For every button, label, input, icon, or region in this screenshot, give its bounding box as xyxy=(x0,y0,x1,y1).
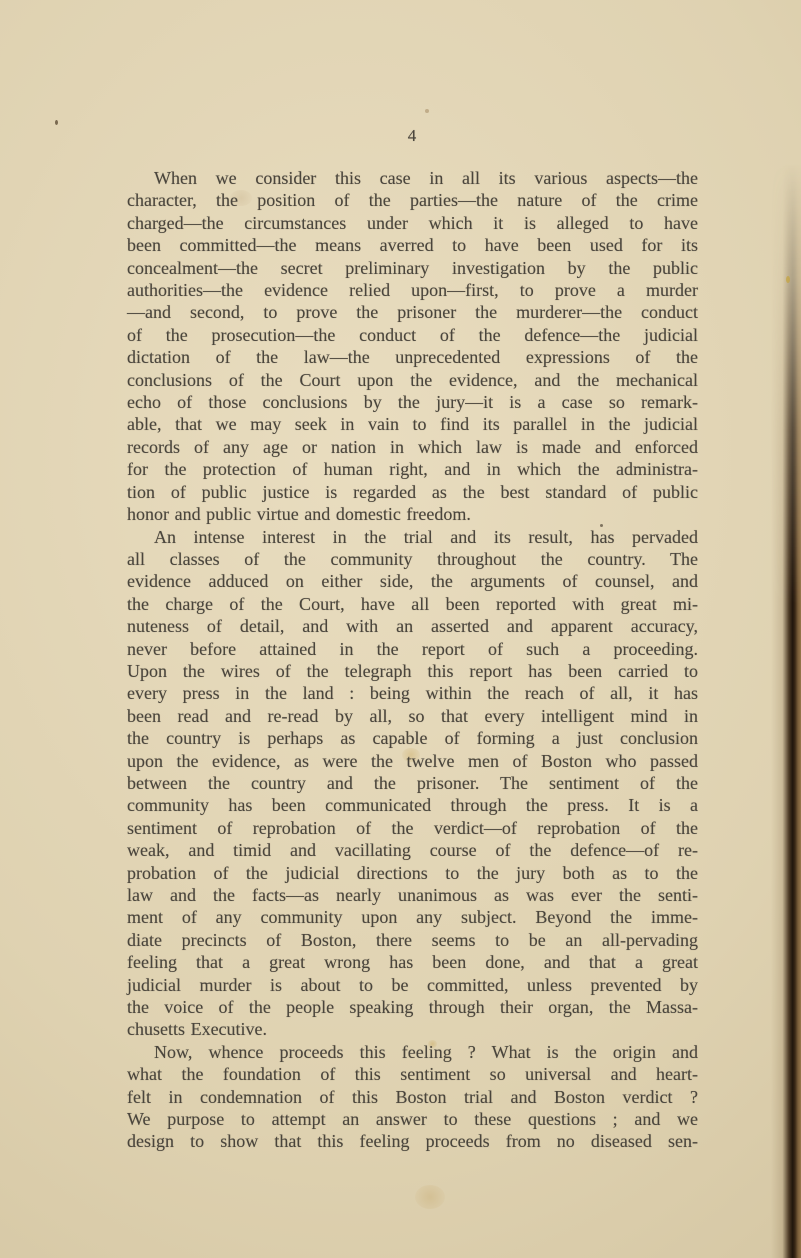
paper-stain xyxy=(415,1185,445,1209)
text-line: An intense interest in the trial and its… xyxy=(127,526,698,548)
text-line: evidence adduced on either side, the arg… xyxy=(127,570,698,592)
text-line: able, that we may seek in vain to find i… xyxy=(127,413,698,435)
page-text: When we consider this case in all its va… xyxy=(127,167,698,1153)
text-line: honor and public virtue and domestic fre… xyxy=(127,503,698,525)
text-line: of the prosecution—the conduct of the de… xyxy=(127,324,698,346)
text-line: nuteness of detail, and with an asserted… xyxy=(127,615,698,637)
text-line: been committed—the means averred to have… xyxy=(127,234,698,256)
text-line: —and second, to prove the prisoner the m… xyxy=(127,301,698,323)
text-line: ment of any community upon any subject. … xyxy=(127,906,698,928)
paragraph: When we consider this case in all its va… xyxy=(127,167,698,526)
text-line: never before attained in the report of s… xyxy=(127,638,698,660)
text-line: dictation of the law—the unprecedented e… xyxy=(127,346,698,368)
text-line: records of any age or nation in which la… xyxy=(127,436,698,458)
text-line: the charge of the Court, have all been r… xyxy=(127,593,698,615)
text-line: diate precincts of Boston, there seems t… xyxy=(127,929,698,951)
text-line: tion of public justice is regarded as th… xyxy=(127,481,698,503)
text-line: authorities—the evidence relied upon—fir… xyxy=(127,279,698,301)
text-line: every press in the land : being within t… xyxy=(127,682,698,704)
text-line: conclusions of the Court upon the eviden… xyxy=(127,369,698,391)
text-line: the country is perhaps as capable of for… xyxy=(127,727,698,749)
text-line: upon the evidence, as were the twelve me… xyxy=(127,750,698,772)
text-line: weak, and timid and vacillating course o… xyxy=(127,839,698,861)
text-line: echo of those conclusions by the jury—it… xyxy=(127,391,698,413)
text-line: what the foundation of this sentiment so… xyxy=(127,1063,698,1085)
text-line: When we consider this case in all its va… xyxy=(127,167,698,189)
page-number: 4 xyxy=(127,126,698,146)
text-line: charged—the circumstances under which it… xyxy=(127,212,698,234)
book-page: 4 When we consider this case in all its … xyxy=(0,0,801,1258)
text-line: the voice of the people speaking through… xyxy=(127,996,698,1018)
text-line: sentiment of reprobation of the verdict—… xyxy=(127,817,698,839)
text-line: for the protection of human right, and i… xyxy=(127,458,698,480)
text-line: been read and re-read by all, so that ev… xyxy=(127,705,698,727)
paper-speck xyxy=(55,120,58,125)
text-line: We purpose to attempt an answer to these… xyxy=(127,1108,698,1130)
text-line: all classes of the community throughout … xyxy=(127,548,698,570)
paragraph: Now, whence proceeds this feeling ? What… xyxy=(127,1041,698,1153)
text-line: Now, whence proceeds this feeling ? What… xyxy=(127,1041,698,1063)
text-line: community has been communicated through … xyxy=(127,794,698,816)
text-line: felt in condemnation of this Boston tria… xyxy=(127,1086,698,1108)
text-line: between the country and the prisoner. Th… xyxy=(127,772,698,794)
text-line: Upon the wires of the telegraph this rep… xyxy=(127,660,698,682)
text-line: character, the position of the parties—t… xyxy=(127,189,698,211)
paragraph: An intense interest in the trial and its… xyxy=(127,526,698,1041)
text-line: chusetts Executive. xyxy=(127,1018,698,1040)
text-line: feeling that a great wrong has been done… xyxy=(127,951,698,973)
paper-speck xyxy=(425,109,429,113)
page-edge-shadow xyxy=(771,0,801,1258)
text-line: design to show that this feeling proceed… xyxy=(127,1130,698,1152)
text-line: probation of the judicial directions to … xyxy=(127,862,698,884)
text-line: law and the facts—as nearly unanimous as… xyxy=(127,884,698,906)
text-line: concealment—the secret preliminary inves… xyxy=(127,257,698,279)
text-line: judicial murder is about to be committed… xyxy=(127,974,698,996)
